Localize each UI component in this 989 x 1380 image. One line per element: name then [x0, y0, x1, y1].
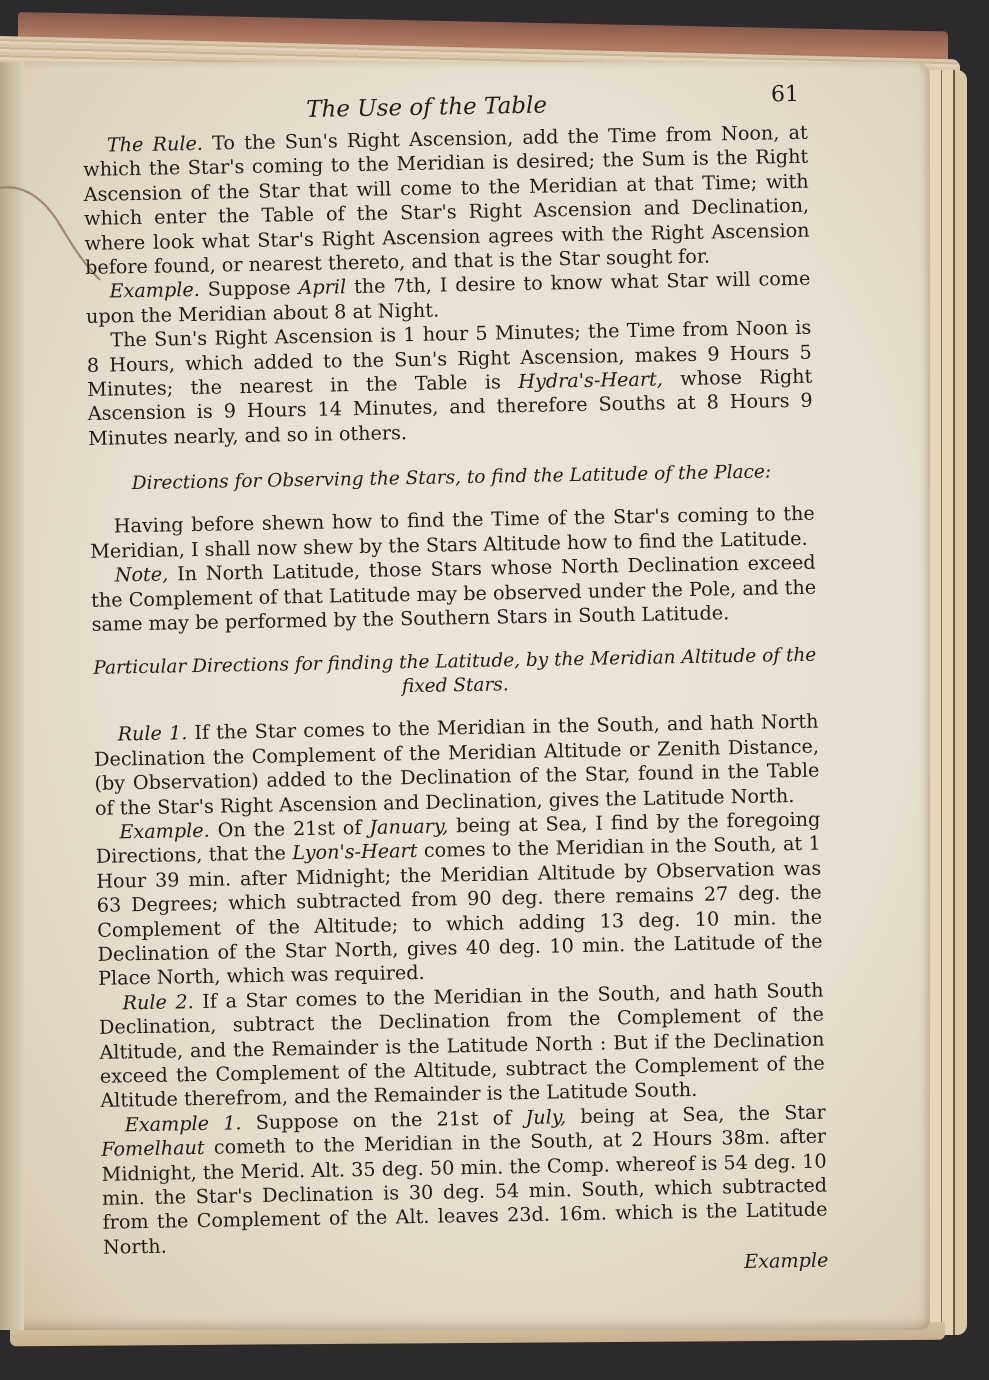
star-name: Hydra's-Heart,	[518, 367, 663, 393]
paragraph-sun-right-ascension: The Sun's Right Ascension is 1 hour 5 Mi…	[86, 316, 813, 451]
rule-label: Rule 2.	[122, 990, 194, 1014]
month-name: January,	[369, 814, 448, 838]
section-heading-observing: Directions for Observing the Stars, to f…	[89, 460, 814, 497]
rule-text: If a Star comes to the Meridian in the S…	[99, 978, 825, 1112]
paragraph-example-july: Example 1. Suppose on the 21st of July, …	[101, 1100, 829, 1260]
example-label: Example.	[119, 819, 210, 844]
example-text: being at Sea, the Star	[580, 1100, 826, 1127]
example-text: cometh to the Meridian in the South, at …	[101, 1125, 827, 1259]
star-name: Lyon's-Heart	[292, 839, 418, 864]
paragraph-example-january: Example. On the 21st of January, being a…	[95, 808, 823, 992]
rule-text: If the Star comes to the Meridian in the…	[94, 710, 820, 819]
note-label: Note,	[115, 563, 169, 587]
example-text: Suppose on the 21st of	[256, 1106, 512, 1134]
rule-label: The Rule.	[107, 132, 204, 157]
paragraph-rule-1: Rule 1. If the Star comes to the Meridia…	[93, 710, 820, 821]
running-title: The Use of the Table	[306, 93, 547, 122]
page-number: 61	[771, 83, 799, 108]
paragraph-note: Note, In North Latitude, those Stars who…	[91, 551, 817, 637]
example-text: On the 21st of	[217, 816, 361, 842]
example-label: Example.	[109, 278, 200, 303]
example-label: Example 1.	[125, 1111, 242, 1136]
rule-label: Rule 1.	[117, 721, 187, 745]
section-heading-particular: Particular Directions for finding the La…	[92, 644, 818, 705]
month-name: July,	[525, 1105, 566, 1129]
star-name: Fomelhaut	[101, 1136, 205, 1161]
page-text: The Use of the Table 61 The Rule. To the…	[82, 87, 829, 1287]
note-text: In North Latitude, those Stars whose Nor…	[91, 551, 816, 636]
paragraph-rule-2: Rule 2. If a Star comes to the Meridian …	[98, 978, 825, 1113]
paragraph-the-rule: The Rule. To the Sun's Right Ascension, …	[83, 121, 811, 281]
month-name: April	[298, 276, 346, 300]
example-text: Suppose	[208, 277, 291, 302]
